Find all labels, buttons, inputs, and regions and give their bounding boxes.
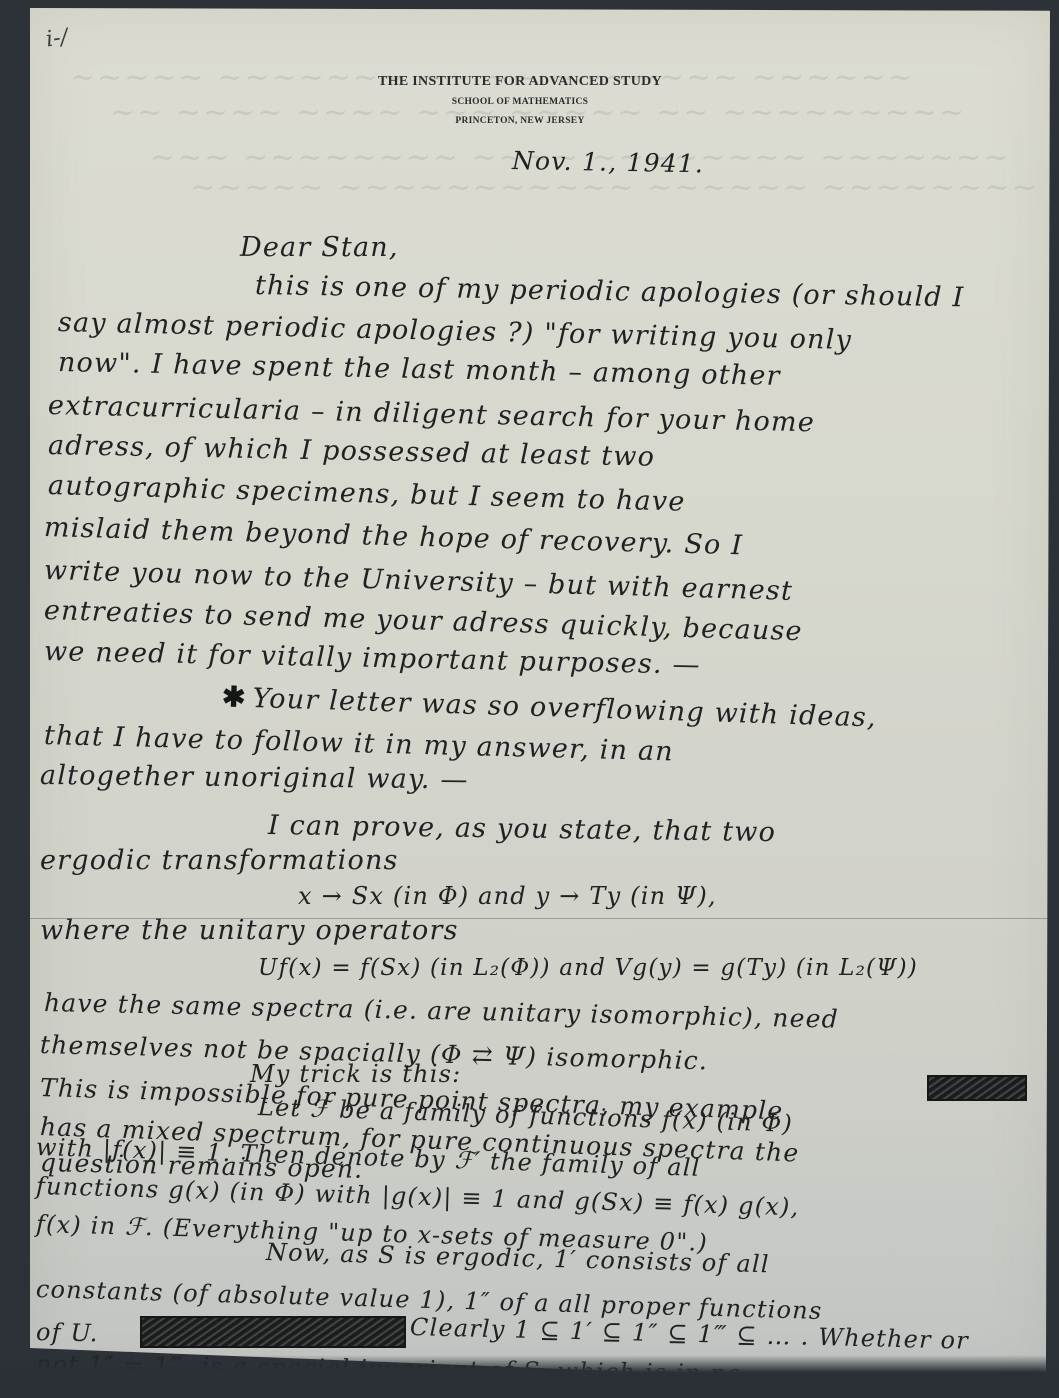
letter-line: where the unitary operators: [40, 915, 459, 946]
redacted-scribble: [927, 1075, 1027, 1101]
letter-date: Nov. 1., 1941.: [512, 146, 705, 178]
formula-line: x → Sx (in Φ) and y → Ty (in Ψ),: [298, 882, 717, 910]
redacted-scribble: [140, 1316, 406, 1348]
letterhead-institution: THE INSTITUTE FOR ADVANCED STUDY: [320, 74, 720, 90]
letter-line: altogether unoriginal way. —: [40, 760, 469, 795]
paper-fold-line: [30, 918, 1050, 919]
letter-line: of U.: [36, 1318, 99, 1347]
asterisk-mark: ✱: [221, 680, 247, 714]
page-number-mark: i-/: [44, 25, 69, 53]
letterhead: THE INSTITUTE FOR ADVANCED STUDY SCHOOL …: [320, 74, 720, 135]
scan-edge-shadow: [0, 1355, 1059, 1398]
letterhead-location: PRINCETON, NEW JERSEY: [320, 116, 720, 126]
formula-line: Uf(x) = f(Sx) (in L₂(Φ)) and Vg(y) = g(T…: [258, 955, 918, 981]
letterhead-school: SCHOOL OF MATHEMATICS: [320, 97, 720, 107]
salutation: Dear Stan,: [240, 232, 399, 263]
letter-line: My trick is this:: [250, 1060, 461, 1088]
letter-line: ergodic transformations: [40, 845, 399, 876]
